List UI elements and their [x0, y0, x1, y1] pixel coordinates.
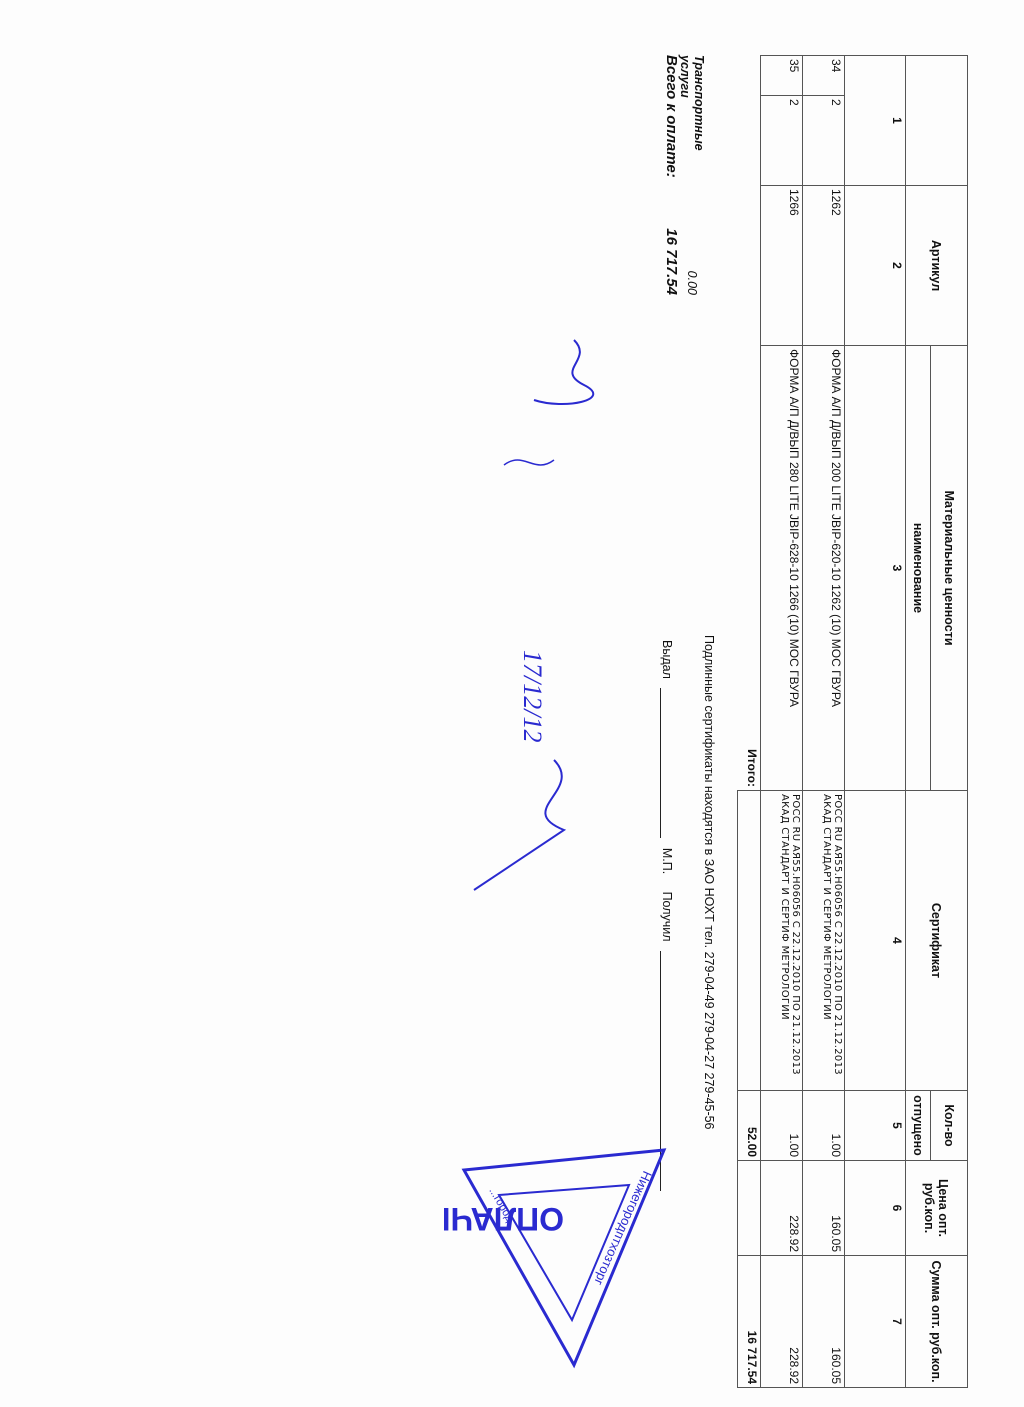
header-article: Артикул	[906, 186, 968, 346]
header-row: Артикул Материальные ценности Сертификат…	[931, 56, 968, 1388]
transport-value: 0.00	[685, 185, 699, 295]
transport-row: Транспортные услуги 0.00	[682, 55, 702, 575]
row-number: 35	[761, 56, 803, 96]
row-certificate: РОСС RU АЯ55.Н06056 С 22.12.2010 ПО 21.1…	[761, 791, 803, 1091]
total-row: Итого: 52.00 16 717.54	[738, 56, 761, 1388]
grand-total-row: Всего к оплате: 16 717.54	[662, 55, 682, 575]
column-number: 2	[845, 186, 906, 346]
header-qty: Кол-во	[931, 1091, 968, 1161]
row-article: 1262	[803, 186, 845, 346]
signature-scribble-icon	[534, 340, 593, 404]
row-article: 1266	[761, 186, 803, 346]
table-row: 35 2 1266 ФОРМА А/П Д/ВЫП 280 LITE JBIP-…	[761, 56, 803, 1388]
signature-scribble-icon	[474, 760, 564, 890]
rotated-invoice-page: Артикул Материальные ценности Сертификат…	[0, 0, 1024, 1407]
stamp-triangle-icon	[464, 1150, 664, 1365]
row-name: ФОРМА А/П Д/ВЫП 280 LITE JBIP-628-10 126…	[761, 346, 803, 791]
row-price: 160.05	[803, 1161, 845, 1256]
issued-signature-field	[660, 688, 673, 838]
invoice-table: Артикул Материальные ценности Сертификат…	[737, 55, 968, 1388]
certificates-note: Подлинные сертификаты находятся в ЗАО НО…	[702, 635, 716, 1130]
signature-line: Выдал М.П. Получил	[660, 640, 674, 1197]
row-price: 228.92	[761, 1161, 803, 1256]
row-sum: 228.92	[761, 1256, 803, 1388]
handwritten-date: 17/12/12	[518, 650, 547, 742]
total-qty: 52.00	[738, 1091, 761, 1161]
issued-label: Выдал	[660, 640, 674, 679]
received-label: Получил	[660, 892, 674, 942]
table-row: 34 2 1262 ФОРМА А/П Д/ВЫП 200 LITE JBIP-…	[803, 56, 845, 1388]
row-name: ФОРМА А/П Д/ВЫП 200 LITE JBIP-620-10 126…	[803, 346, 845, 791]
header-name: наименование	[906, 346, 931, 791]
signature-scribble-icon	[504, 460, 554, 465]
row-sum: 160.05	[803, 1256, 845, 1388]
header-sum: Сумма опт. руб.коп.	[906, 1256, 968, 1388]
row-col-a: 2	[803, 96, 845, 186]
row-certificate: РОСС RU АЯ55.Н06056 С 22.12.2010 ПО 21.1…	[803, 791, 845, 1091]
handwritten-signatures: 17/12/12	[454, 330, 594, 1030]
header-row-no	[906, 56, 968, 186]
column-number: 6	[845, 1161, 906, 1256]
paid-stamp: Нижегородптхозторг ...город ОПЛАЧЕНО	[444, 1130, 684, 1380]
column-number: 5	[845, 1091, 906, 1161]
header-price: Цена опт. руб.коп.	[906, 1161, 968, 1256]
row-qty: 1.00	[803, 1091, 845, 1161]
row-number: 34	[803, 56, 845, 96]
total-label: Итого:	[738, 56, 761, 791]
header-qty-sub: отпущено	[906, 1091, 931, 1161]
transport-label: Транспортные услуги	[678, 55, 706, 185]
column-number-row: 1 2 3 4 5 6 7	[845, 56, 906, 1388]
stamp-paid-mark: ОПЛАЧЕНО	[444, 1201, 564, 1237]
grand-total-label: Всего к оплате:	[664, 55, 681, 185]
row-qty: 1.00	[761, 1091, 803, 1161]
row-col-a: 2	[761, 96, 803, 186]
header-material-group: Материальные ценности	[931, 346, 968, 791]
column-number: 1	[845, 56, 906, 186]
total-sum: 16 717.54	[738, 1256, 761, 1388]
column-number: 3	[845, 346, 906, 791]
grand-total-value: 16 717.54	[664, 185, 681, 295]
payment-summary: Транспортные услуги 0.00 Всего к оплате:…	[662, 55, 702, 575]
column-number: 4	[845, 791, 906, 1091]
header-certificate: Сертификат	[906, 791, 968, 1091]
stamp-place-label: М.П.	[660, 848, 674, 874]
column-number: 7	[845, 1256, 906, 1388]
total-empty	[738, 791, 761, 1091]
total-empty-price	[738, 1161, 761, 1256]
